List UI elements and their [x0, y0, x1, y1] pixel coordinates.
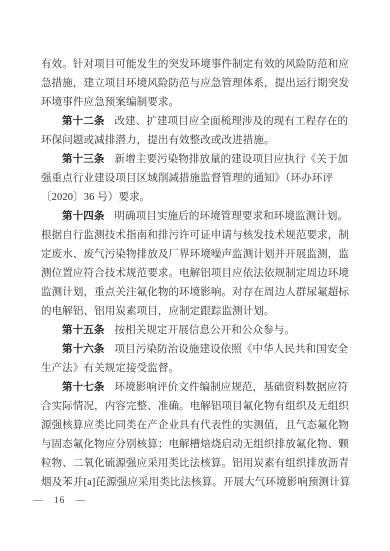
line-text: 按相关规定开展信息公开和公众参与。 — [114, 325, 295, 336]
text-line: 〔2020〕36 号）要求。 — [41, 188, 353, 207]
line-text: 环境影响评价文件编制应规范，基础资料数据应符 — [114, 382, 348, 393]
line-text: 粒物、二氧化硫源强应采用类比法核算。铝用炭素有组织排放沥青 — [41, 458, 349, 469]
article-12-label: 第十二条 — [62, 115, 104, 127]
line-text: 测位置应符合技术规范要求。电解铝项目应依法依规制定周边环境 — [41, 268, 349, 279]
text-line: 监测计划，重点关注氟化物的环境影响。对存在周边人群尿氟超标 — [41, 283, 353, 302]
text-line: 定废水、废气污染物排放及厂界环境噪声监测计划并开展监测，监 — [41, 245, 353, 264]
line-text: 明确项目实施后的环境管理要求和环境监测计划。 — [114, 211, 348, 222]
article-16-label: 第十六条 — [62, 343, 104, 355]
line-text: 强重点行业建设项目区域削减措施监督管理的通知》（环办环评 — [41, 173, 333, 184]
line-text: 环保问题或减排潜力，提出有效整改或改进措施。 — [41, 135, 275, 146]
line-text: 新增主要污染物排放量的建设项目应执行《关于加 — [114, 154, 348, 165]
text-line: 强重点行业建设项目区域削减措施监督管理的通知》（环办环评 — [41, 169, 353, 188]
line-text: 环境事件应急预案编制要求。 — [41, 97, 179, 108]
text-line: 测位置应符合技术规范要求。电解铝项目应依法依规制定周边环境 — [41, 264, 353, 283]
line-text: 的电解铝、铝用炭素项目，应制定跟踪监测计划。 — [41, 306, 275, 317]
line-text: 合实际情况，内容完整、准确。电解铝项目氟化物有组织及无组织 — [41, 401, 349, 412]
article-15-label: 第十五条 — [62, 324, 104, 336]
line-text: 项目污染防治设施建设依照《中华人民共和国安全 — [114, 344, 348, 355]
text-line: 根据自行监测技术指南和排污许可证申请与核发技术规范要求，制 — [41, 226, 353, 245]
line-text: 烟及苯并[a]芘源强应采用类比法核算。开展大气环境影响预测计算 — [41, 477, 350, 488]
text-line: 与固态氟化物应分别核算；电解槽焙烧启动无组织排放氟化物、颗 — [41, 435, 353, 454]
text-line: 第十五条按相关规定开展信息公开和公众参与。 — [41, 321, 353, 340]
document-body: 有效。针对项目可能发生的突发环境事件制定有效的风险防范和应 急措施，建立项目环境… — [41, 55, 353, 492]
page-number: — 16 — — [33, 492, 86, 511]
line-text: 生产法》有关规定接受监督。 — [41, 363, 179, 374]
text-line: 第十四条明确项目实施后的环境管理要求和环境监测计划。 — [41, 207, 353, 226]
text-line: 合实际情况，内容完整、准确。电解铝项目氟化物有组织及无组织 — [41, 397, 353, 416]
line-text: 监测计划，重点关注氟化物的环境影响。对存在周边人群尿氟超标 — [41, 287, 349, 298]
text-line: 第十六条项目污染防治设施建设依照《中华人民共和国安全 — [41, 340, 353, 359]
text-line: 第十三条新增主要污染物排放量的建设项目应执行《关于加 — [41, 150, 353, 169]
text-line: 源强核算应类比同类在产企业具有代表性的实测值，且气态氟化物 — [41, 416, 353, 435]
line-text: 定废水、废气污染物排放及厂界环境噪声监测计划并开展监测，监 — [41, 249, 349, 260]
document-page: 有效。针对项目可能发生的突发环境事件制定有效的风险防范和应 急措施，建立项目环境… — [0, 0, 390, 551]
text-line: 第十七条环境影响评价文件编制应规范，基础资料数据应符 — [41, 378, 353, 397]
text-line: 烟及苯并[a]芘源强应采用类比法核算。开展大气环境影响预测计算 — [41, 473, 353, 492]
article-17-label: 第十七条 — [62, 381, 104, 393]
line-text: 源强核算应类比同类在产企业具有代表性的实测值，且气态氟化物 — [41, 420, 349, 431]
text-line: 急措施，建立项目环境风险防范与应急管理体系，提出运行期突发 — [41, 74, 353, 93]
text-line: 的电解铝、铝用炭素项目，应制定跟踪监测计划。 — [41, 302, 353, 321]
text-line: 第十二条改建、扩建项目应全面梳理涉及的现有工程存在的 — [41, 112, 353, 131]
line-text: 改建、扩建项目应全面梳理涉及的现有工程存在的 — [114, 116, 348, 127]
line-text: 根据自行监测技术指南和排污许可证申请与核发技术规范要求，制 — [41, 230, 349, 241]
line-text: 〔2020〕36 号）要求。 — [41, 192, 150, 203]
text-line: 生产法》有关规定接受监督。 — [41, 359, 353, 378]
text-line: 环境事件应急预案编制要求。 — [41, 93, 353, 112]
text-line: 环保问题或减排潜力，提出有效整改或改进措施。 — [41, 131, 353, 150]
line-text: 急措施，建立项目环境风险防范与应急管理体系，提出运行期突发 — [41, 78, 349, 89]
article-13-label: 第十三条 — [62, 153, 104, 165]
line-text: 与固态氟化物应分别核算；电解槽焙烧启动无组织排放氟化物、颗 — [41, 439, 349, 450]
text-line: 有效。针对项目可能发生的突发环境事件制定有效的风险防范和应 — [41, 55, 353, 74]
text-line: 粒物、二氧化硫源强应采用类比法核算。铝用炭素有组织排放沥青 — [41, 454, 353, 473]
line-text: 有效。针对项目可能发生的突发环境事件制定有效的风险防范和应 — [41, 59, 349, 70]
article-14-label: 第十四条 — [62, 210, 104, 222]
